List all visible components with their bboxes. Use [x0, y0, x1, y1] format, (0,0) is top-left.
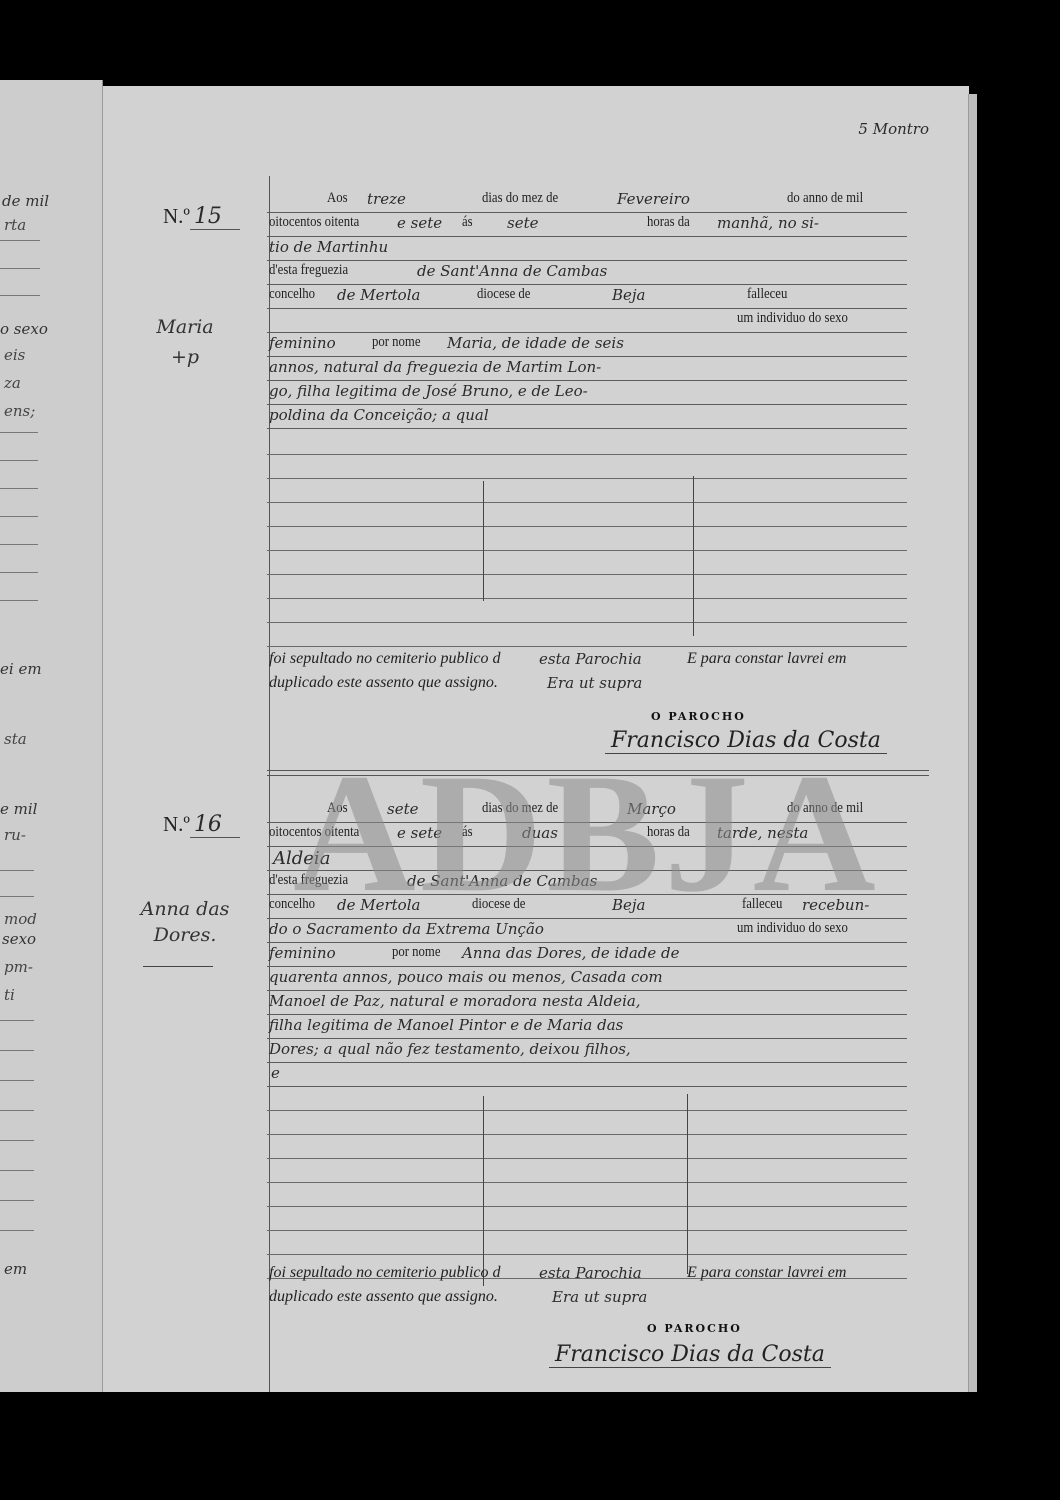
place-field: Aldeia [273, 848, 330, 869]
freguezia-field: de Sant'Anna de Cambas [407, 872, 597, 890]
day-field: sete [387, 800, 418, 818]
record-narrative-line: Manoel de Paz, natural e moradora nesta … [267, 990, 907, 1015]
year-field: e sete [397, 824, 442, 842]
record-narrative-line: Dores; a qual não fez testamento, deixou… [267, 1038, 907, 1063]
left-page-printed-text: sexo [2, 930, 36, 948]
register-page: 5 Montro N.º15 Maria +p Aos treze dias d… [102, 86, 969, 1496]
name-field: Anna das Dores, de idade de [462, 944, 680, 962]
left-page-handwriting: ti [4, 986, 15, 1004]
record-narrative-line: filha legitima de Manoel Pintor e de Mar… [267, 1014, 907, 1039]
hour-field: duas [522, 824, 558, 842]
record-line-freguezia: d'esta freguezia de Sant'Anna de Cambas [267, 870, 907, 895]
priest-signature: Francisco Dias da Costa [605, 728, 887, 754]
diocese-field: Beja [612, 286, 646, 304]
left-page-handwriting: eis [4, 346, 25, 364]
record-line-sexo: um individuo do sexo [267, 308, 907, 333]
closing-formula: Era ut supra [547, 674, 642, 692]
left-page-fragment: de mil rta o sexo eis za ens; ei em sta … [0, 80, 103, 1490]
record-line-nome: feminino por nome Maria, de idade de sei… [267, 332, 907, 357]
burial-place-field: esta Parochia [539, 1264, 642, 1282]
record-line-nome: feminino por nome Anna das Dores, de ida… [267, 942, 907, 967]
record-line-place: tio de Martinhu [267, 236, 907, 261]
record-line-concelho: concelho de Mertola diocese de Beja fall… [267, 284, 907, 309]
closing-line: duplicado este assento que assigno. Era … [267, 1286, 907, 1310]
hour-field: sete [507, 214, 538, 232]
page-edges [968, 94, 977, 1494]
day-field: treze [367, 190, 406, 208]
record-line-time: oitocentos oitenta e sete ás duas horas … [267, 822, 907, 847]
record-line-time: oitocentos oitenta e sete ás sete horas … [267, 212, 907, 237]
record-narrative-line: go, filha legitima de José Bruno, e de L… [267, 380, 907, 405]
left-page-printed-text: o sexo [0, 320, 48, 338]
left-page-printed-text: ei em [0, 660, 42, 678]
record-narrative-line: annos, natural da freguezia de Martim Lo… [267, 356, 907, 381]
record-line-date: Aos treze dias do mez de Fevereiro do an… [267, 188, 907, 213]
entry-separator [267, 770, 929, 776]
closing-line: duplicado este assento que assigno. Era … [267, 672, 907, 696]
record-line-freguezia: d'esta freguezia de Sant'Anna de Cambas [267, 260, 907, 285]
left-page-handwriting: mod [4, 910, 37, 928]
margin-deceased-name: Maria [115, 314, 255, 340]
left-page-handwriting: za [4, 374, 21, 392]
sacrament-note: do o Sacramento da Extrema Unção [269, 920, 544, 938]
record-narrative-line: poldina da Conceição; a qual [267, 404, 907, 429]
left-page-handwriting: pm- [4, 958, 33, 976]
record-line-place: Aldeia [267, 846, 907, 871]
left-page-printed-text: de mil [2, 192, 49, 210]
name-field: Maria, de idade de seis [447, 334, 624, 352]
record-line-date: Aos sete dias do mez de Março do anno de… [267, 798, 907, 823]
month-field: Março [627, 800, 676, 818]
margin-deceased-name: Anna das Dores. [115, 896, 255, 948]
concelho-field: de Mertola [337, 286, 420, 304]
freguezia-field: de Sant'Anna de Cambas [417, 262, 607, 280]
concelho-field: de Mertola [337, 896, 420, 914]
void-stroke [483, 481, 484, 601]
sex-field: feminino [269, 334, 336, 352]
left-page-handwriting: ru- [4, 826, 26, 844]
burial-place-field: esta Parochia [539, 650, 642, 668]
parocho-label: O PAROCHO [651, 710, 746, 723]
burial-line: foi sepultado no cemiterio publico d est… [267, 648, 907, 672]
sex-field: feminino [269, 944, 336, 962]
page-corner-note: 5 Montro [858, 120, 929, 138]
left-page-printed-text: em [4, 1260, 27, 1278]
month-field: Fevereiro [617, 190, 690, 208]
entry-number-value: 16 [190, 812, 240, 838]
left-page-printed-text: e mil [0, 800, 37, 818]
priest-signature: Francisco Dias da Costa [549, 1342, 831, 1368]
closing-formula: Era ut supra [552, 1288, 647, 1306]
left-page-handwriting: rta [4, 216, 26, 234]
margin-mark: +p [115, 344, 255, 370]
void-stroke [693, 476, 694, 636]
scan-background [0, 1392, 1060, 1500]
year-field: e sete [397, 214, 442, 232]
period-field: tarde, nesta [717, 824, 808, 842]
parocho-label: O PAROCHO [647, 1322, 742, 1335]
left-page-handwriting: ens; [4, 402, 35, 420]
margin-mark [143, 966, 213, 967]
diocese-field: Beja [612, 896, 646, 914]
void-stroke [483, 1096, 484, 1286]
record-narrative-line: quarenta annos, pouco mais ou menos, Cas… [267, 966, 907, 991]
record-line-sexo: do o Sacramento da Extrema Unção um indi… [267, 918, 907, 943]
burial-line: foi sepultado no cemiterio publico d est… [267, 1262, 907, 1286]
period-field: manhã, no si- [717, 214, 819, 232]
record-narrative-line: e [267, 1062, 907, 1087]
entry-number: N.º15 [163, 204, 240, 230]
record-line-concelho: concelho de Mertola diocese de Beja fall… [267, 894, 907, 919]
left-page-handwriting: sta [4, 730, 27, 748]
void-stroke [687, 1094, 688, 1274]
place-field: tio de Martinhu [269, 238, 388, 256]
entry-number: N.º16 [163, 812, 240, 838]
entry-number-value: 15 [190, 204, 240, 230]
